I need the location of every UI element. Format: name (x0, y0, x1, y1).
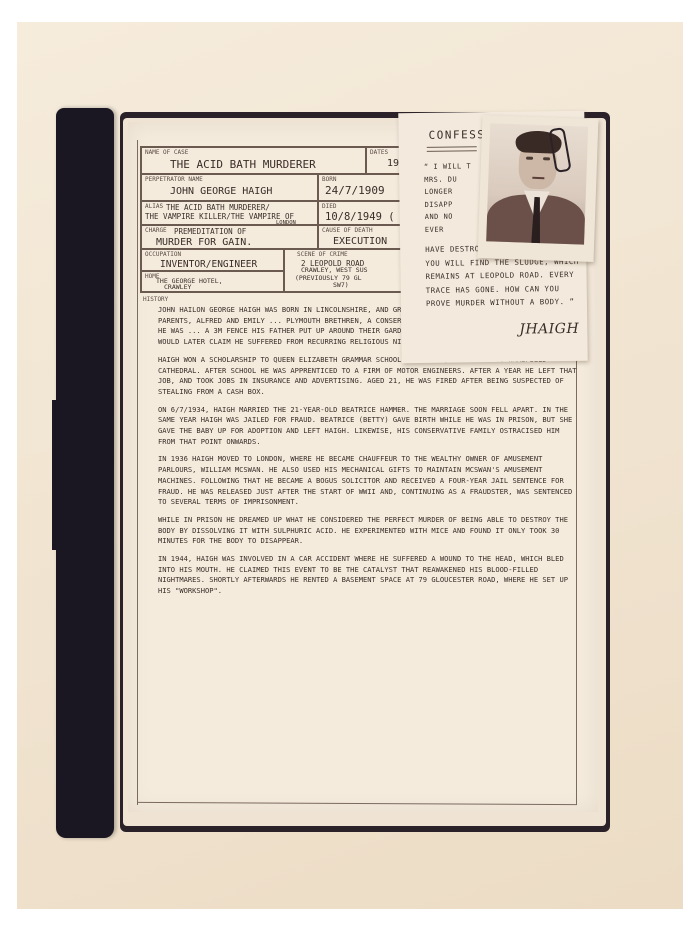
dates-label: Dates (370, 149, 388, 156)
occupation-cell: Occupation Inventor/Engineer (141, 249, 284, 271)
alias-line-1: The Acid Bath Murderer/ (166, 203, 270, 212)
died-value: 10/8/1949 ( (325, 211, 395, 223)
scene-line-3: (previously 79 Gl (295, 274, 362, 283)
perpetrator-label: Perpetrator name (145, 176, 203, 183)
home-cell: Home The George Hotel, Crawley (141, 271, 284, 292)
page-border-left (137, 140, 138, 805)
occupation-value: Inventor/Engineer (160, 259, 257, 270)
history-paragraph: On 6/7/1934, Haigh married the 21-year-o… (158, 405, 578, 448)
confession-title: Confess (428, 128, 485, 142)
case-form: Name of case The Acid Bath Murderer Date… (140, 146, 432, 293)
history-label: History (143, 296, 168, 303)
born-label: Born (322, 176, 336, 183)
perpetrator-cell: Perpetrator name John George Haigh (141, 174, 318, 201)
alias-line-2: The Vampire Killer/The Vampire of (145, 212, 294, 221)
name-of-case-label: Name of case (145, 149, 188, 156)
scene-of-crime-label: Scene of crime (297, 251, 348, 258)
charge-line-2: murder for gain. (156, 237, 252, 248)
cause-of-death-label: Cause of death (322, 227, 373, 234)
occupation-label: Occupation (145, 251, 181, 258)
perpetrator-value: John George Haigh (170, 186, 272, 197)
home-line-2: Crawley (164, 284, 191, 291)
binder-spine (56, 108, 114, 838)
cause-of-death-value: Execution (333, 236, 387, 247)
history-paragraph: While in prison he dreamed up what he co… (158, 515, 578, 547)
died-label: Died (322, 203, 336, 210)
portrait-photo-card (478, 115, 599, 262)
history-paragraph: In 1944, Haigh was involved in a car acc… (158, 554, 578, 597)
portrait-mouth (532, 177, 544, 179)
name-of-case-cell: Name of case The Acid Bath Murderer (141, 147, 366, 174)
alias-label: Alias (145, 203, 163, 210)
name-of-case-value: The Acid Bath Murderer (170, 158, 316, 171)
scene-line-4: SW7) (333, 281, 349, 290)
born-value: 24/7/1909 (325, 184, 385, 197)
portrait-eye (543, 157, 550, 160)
charge-label: Charge (145, 227, 167, 234)
confession-title-underline (427, 146, 477, 152)
portrait-eye (526, 157, 533, 160)
portrait-photo (486, 123, 588, 244)
charge-line-1: Premeditation of (174, 227, 246, 236)
alias-cell: Alias The Acid Bath Murderer/ The Vampir… (141, 201, 318, 225)
history-paragraph: In 1936 Haigh moved to London, where he … (158, 454, 578, 508)
charge-cell: Charge Premeditation of murder for gain. (141, 225, 318, 249)
signature: JHaigh (519, 321, 579, 338)
